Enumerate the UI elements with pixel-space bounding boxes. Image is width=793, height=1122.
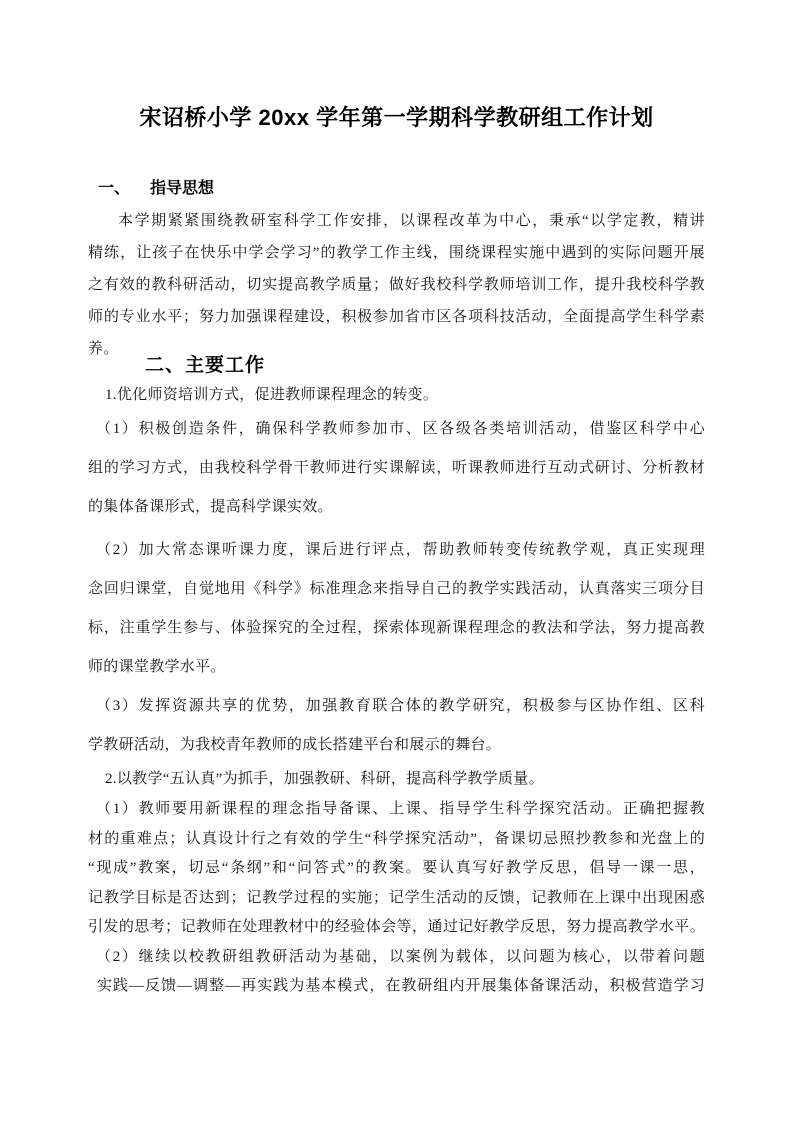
- section1-heading-text: 指导思想: [150, 180, 214, 197]
- item2-sub1-paragraph: （1）教师要用新课程的理念指导备课、上课、指导学生科学探究活动。正确把握教 材的…: [88, 795, 705, 943]
- paragraph-line: （1）积极创造条件，确保科学教师参加市、区各级各类培训活动，借鉴区科学中心: [88, 410, 705, 449]
- section2-heading: 二、主要工作: [88, 353, 705, 379]
- paragraph-line: （1）教师要用新课程的理念指导备课、上课、指导学生科学探究活动。正确把握教: [88, 795, 705, 825]
- paragraph-line: 引发的思考；记教师在处理教材中的经验体会等，通过记好教学反思，努力提高教学水平。: [88, 913, 705, 943]
- paragraph-line: （2）加大常态课听课力度，课后进行评点，帮助教师转变传统教学观，真正实现理: [88, 531, 705, 570]
- paragraph-line: 本学期紧紧围绕教研室科学工作安排，以课程改革为中心，秉承“以学定教，精讲: [88, 205, 705, 237]
- section1-number: 一、: [98, 180, 130, 197]
- paragraph-line: 标，注重学生参与、体验探究的全过程，探索体现新课程理念的教法和学法，努力提高教: [88, 609, 705, 648]
- paragraph-line: 念回归课堂，自觉地用《科学》标准理念来指导自己的教学实践活动，认真落实三项分目: [88, 570, 705, 609]
- paragraph-line: （2）继续以校教研组教研活动为基础，以案例为载体，以问题为核心，以带着问题: [88, 943, 705, 973]
- section1-paragraph: 本学期紧紧围绕教研室科学工作安排，以课程改革为中心，秉承“以学定教，精讲 精练，…: [88, 205, 705, 365]
- item1-sub2-paragraph: （2）加大常态课听课力度，课后进行评点，帮助教师转变传统教学观，真正实现理 念回…: [88, 531, 705, 687]
- paragraph-line: “现成”教案，切忌“条纲”和“问答式”的教案。要认真写好教学反思，倡导一课一思，: [88, 854, 705, 884]
- item2-intro: 2.以教学“五认真”为抓手，加强教研、科研，提高科学教学质量。: [88, 769, 705, 790]
- paragraph-line: 实践—反馈—调整—再实践为基本模式，在教研组内开展集体备课活动，积极营造学习: [88, 972, 705, 1002]
- item1-sub3-paragraph: （3）发挥资源共享的优势，加强教育联合体的教学研究，积极参与区协作组、区科 学教…: [88, 687, 705, 765]
- item1-sub1-paragraph: （1）积极创造条件，确保科学教师参加市、区各级各类培训活动，借鉴区科学中心 组的…: [88, 410, 705, 527]
- paragraph-line: 精练，让孩子在快乐中学会学习”的教学工作主线，围绕课程实施中遇到的实际问题开展: [88, 237, 705, 269]
- paragraph-line: 材的重难点；认真设计行之有效的学生“科学探究活动”，备课切忌照抄教参和光盘上的: [88, 825, 705, 855]
- paragraph-line: 组的学习方式，由我校科学骨干教师进行实课解读，听课教师进行互动式研讨、分析教材: [88, 449, 705, 488]
- paragraph-line: 之有效的教科研活动，切实提高教学质量；做好我校科学教师培训工作，提升我校科学教: [88, 269, 705, 301]
- document-page: 宋诏桥小学 20xx 学年第一学期科学教研组工作计划 一、指导思想 本学期紧紧围…: [0, 0, 793, 1122]
- paragraph-line: （3）发挥资源共享的优势，加强教育联合体的教学研究，积极参与区协作组、区科: [88, 687, 705, 726]
- paragraph-line: 的集体备课形式，提高科学课实效。: [88, 488, 705, 527]
- paragraph-line: 记教学目标是否达到；记教学过程的实施；记学生活动的反馈，记教师在上课中出现困惑: [88, 884, 705, 914]
- item1-intro: 1.优化师资培训方式，促进教师课程理念的转变。: [88, 385, 705, 406]
- paragraph-line: 师的专业水平；努力加强课程建设，积极参加省市区各项科技活动，全面提高学生科学素: [88, 301, 705, 333]
- item2-sub2-paragraph: （2）继续以校教研组教研活动为基础，以案例为载体，以问题为核心，以带着问题 实践…: [88, 943, 705, 1002]
- section1-heading: 一、指导思想: [88, 178, 705, 200]
- paragraph-line: 学教研活动，为我校青年教师的成长搭建平台和展示的舞台。: [88, 726, 705, 765]
- paragraph-line: 师的课堂教学水平。: [88, 648, 705, 687]
- document-title: 宋诏桥小学 20xx 学年第一学期科学教研组工作计划: [88, 103, 705, 133]
